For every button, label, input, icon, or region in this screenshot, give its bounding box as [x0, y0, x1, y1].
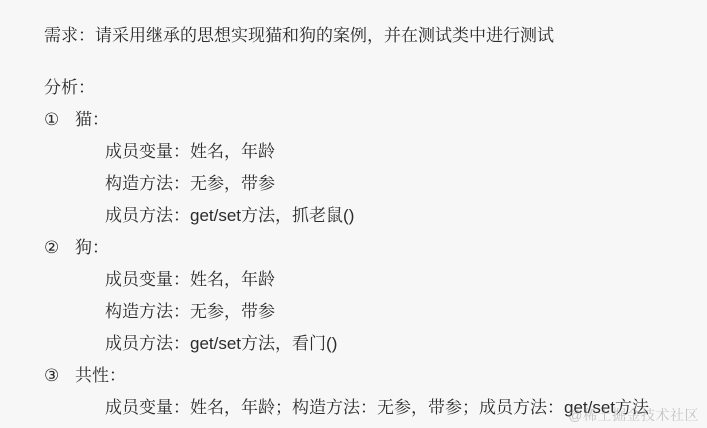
dog-member-variables: 成员变量：姓名，年龄 — [105, 264, 697, 296]
section-commonality-title: 共性： — [75, 366, 126, 385]
analysis-heading: 分析： — [44, 72, 697, 104]
dog-member-methods: 成员方法：get/set方法，看门() — [105, 328, 697, 360]
section-commonality-heading: ③共性： — [44, 360, 697, 392]
section-cat-heading: ①猫： — [44, 104, 697, 136]
section-dog-title: 狗： — [75, 238, 109, 257]
juejin-watermark: @稀土掘金技术社区 — [568, 405, 699, 425]
section-cat-title: 猫： — [75, 110, 109, 129]
cat-constructors: 构造方法：无参，带参 — [105, 168, 697, 200]
section-dog-heading: ②狗： — [44, 232, 697, 264]
requirement-text: 需求：请采用继承的思想实现猫和狗的案例，并在测试类中进行测试 — [44, 20, 697, 52]
blank-line — [44, 52, 697, 72]
dog-constructors: 构造方法：无参，带参 — [105, 296, 697, 328]
cat-member-methods: 成员方法：get/set方法，抓老鼠() — [105, 200, 697, 232]
document-page: 需求：请采用继承的思想实现猫和狗的案例，并在测试类中进行测试 分析： ①猫： 成… — [0, 0, 707, 428]
circled-number-1-icon: ① — [44, 104, 63, 136]
circled-number-2-icon: ② — [44, 232, 63, 264]
cat-member-variables: 成员变量：姓名，年龄 — [105, 136, 697, 168]
document-content: 需求：请采用继承的思想实现猫和狗的案例，并在测试类中进行测试 分析： ①猫： 成… — [0, 0, 707, 424]
circled-number-3-icon: ③ — [44, 360, 63, 392]
